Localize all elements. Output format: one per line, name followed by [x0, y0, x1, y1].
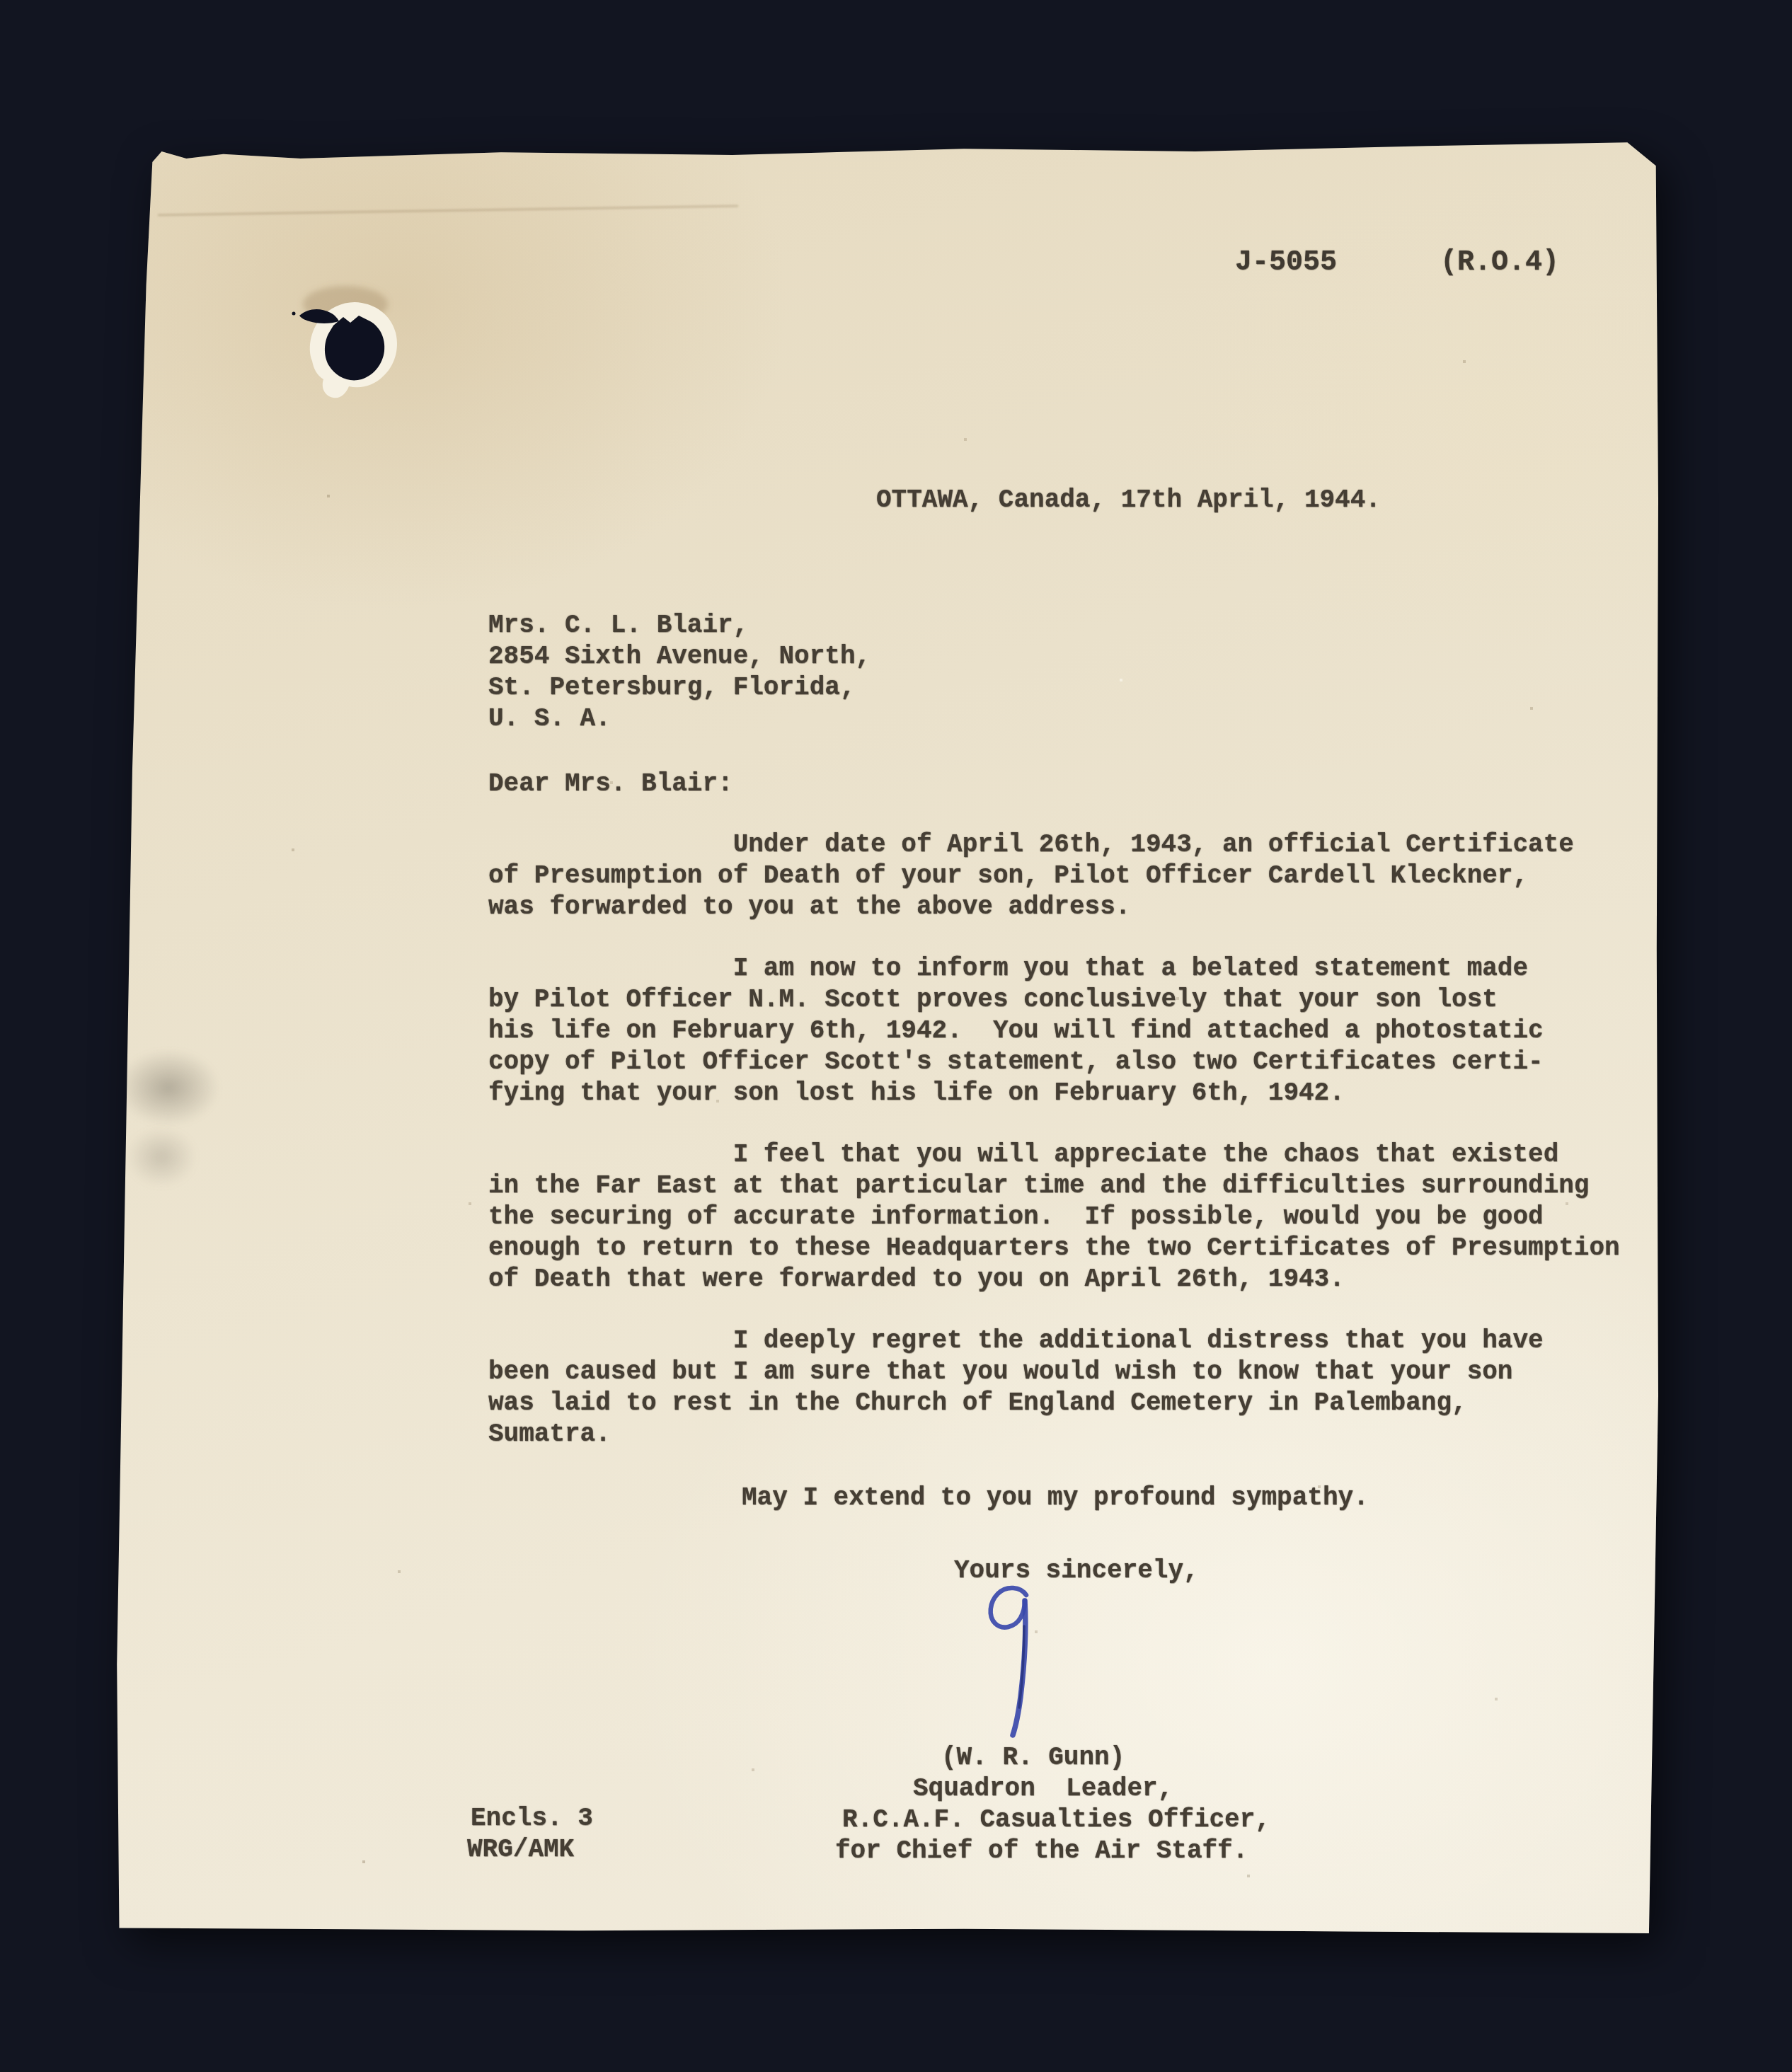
paper-crease	[158, 205, 738, 217]
torn-hole-graphic	[278, 276, 420, 410]
signature-loop	[991, 1588, 1026, 1628]
signature-mark	[982, 1584, 1046, 1746]
paragraph-4: I deeply regret the additional distress …	[488, 1325, 1544, 1450]
enclosures-note: Encls. 3	[471, 1803, 593, 1834]
ink-dot	[292, 312, 296, 316]
signatory-office: R.C.A.F. Casualties Officer,	[842, 1805, 1270, 1836]
letter-paper-wrapper: J-5055 (R.O.4) OTTAWA, Canada, 17th Apri…	[115, 142, 1658, 1933]
paragraph-2: I am now to inform you that a belated st…	[488, 953, 1544, 1109]
reference-number: J-5055	[1235, 248, 1337, 279]
sympathy-line: May I extend to you my profound sympathy…	[742, 1483, 1369, 1514]
smudge-stain-faint	[112, 1115, 211, 1199]
letter-paper: J-5055 (R.O.4) OTTAWA, Canada, 17th Apri…	[115, 142, 1658, 1933]
signatory-authority: for Chief of the Air Staff.	[835, 1836, 1248, 1867]
closing-valediction: Yours sincerely,	[954, 1555, 1199, 1587]
signatory-name: (W. R. Gunn)	[941, 1742, 1125, 1773]
paper-specks	[115, 142, 117, 143]
signatory-rank: Squadron Leader,	[913, 1773, 1173, 1805]
typist-initials: WRG/AMK	[467, 1834, 574, 1865]
paragraph-1: Under date of April 26th, 1943, an offic…	[488, 829, 1574, 923]
salutation: Dear Mrs. Blair:	[488, 769, 733, 800]
scan-background: { "colors": { "background": "#121521", "…	[0, 0, 1792, 2072]
dateline: OTTAWA, Canada, 17th April, 1944.	[876, 485, 1381, 516]
file-reference: (R.O.4)	[1440, 248, 1559, 279]
recipient-address: Mrs. C. L. Blair,2854 Sixth Avenue, Nort…	[488, 610, 871, 735]
paragraph-3: I feel that you will appreciate the chao…	[488, 1139, 1620, 1295]
